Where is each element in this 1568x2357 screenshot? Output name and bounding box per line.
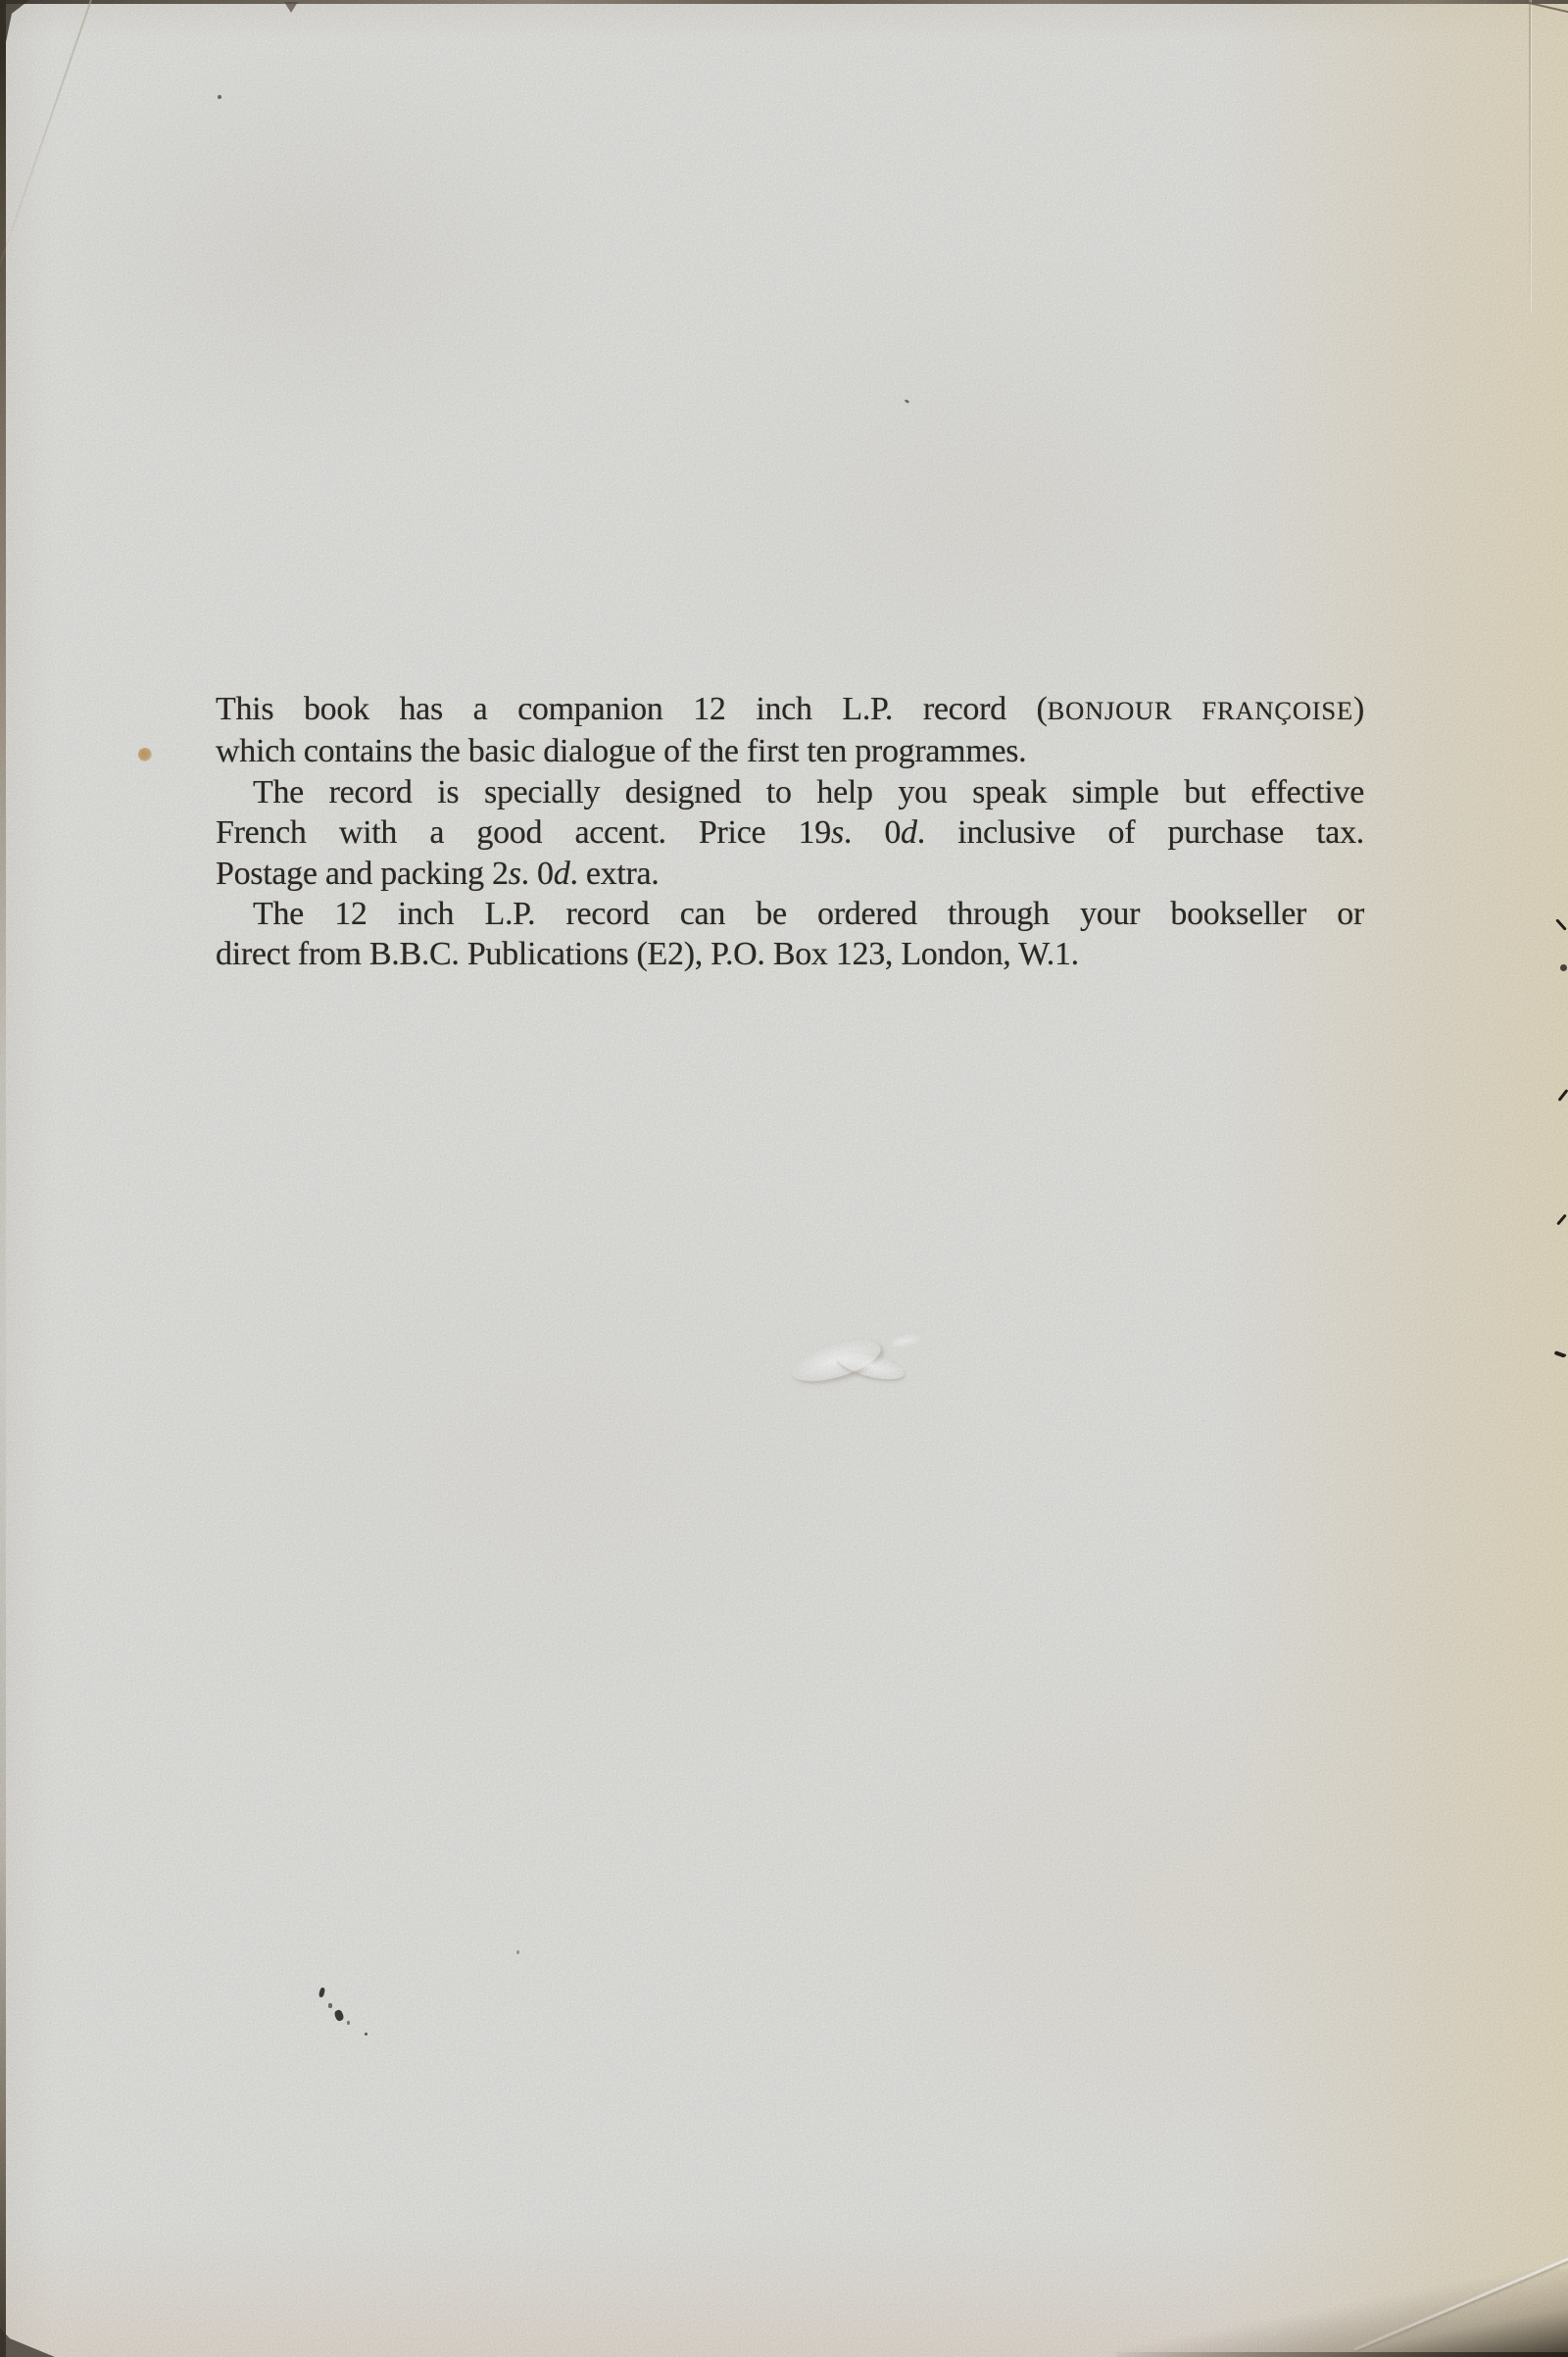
text-line: Postage and packing 2s. 0d. extra.	[216, 854, 1364, 894]
text-segment-italic: s	[831, 814, 844, 851]
text-segment: direct from B.B.C. Publications (E2), P.…	[216, 936, 1079, 972]
text-line: The 12 inch L.P. record can be ordered t…	[216, 894, 1364, 934]
pencil-dot	[347, 2021, 350, 2025]
text-segment-italic: d	[901, 814, 917, 851]
text-line: direct from B.B.C. Publications (E2), P.…	[216, 934, 1364, 974]
right-edge-mark	[1558, 1089, 1568, 1102]
bottom-right-fold-crease	[1353, 2256, 1568, 2351]
text-segment-smallcaps: BONJOUR FRANÇOISE	[1048, 696, 1353, 725]
top-edge-notch	[284, 2, 298, 13]
text-block: This book has a companion 12 inch L.P. r…	[216, 689, 1364, 975]
paper-speck	[218, 95, 221, 99]
top-right-corner-nick	[1525, 1, 1568, 13]
page-left-edge	[0, 0, 6, 2357]
stain-dot	[138, 748, 152, 761]
right-edge-mark	[1556, 1214, 1567, 1226]
paper-wrinkle	[777, 1316, 929, 1397]
wrinkle-highlight	[786, 1332, 885, 1390]
top-right-crease	[1529, 0, 1531, 314]
text-segment: This book has a companion 12 inch L.P. r…	[216, 691, 1048, 727]
text-segment-italic: s	[509, 856, 521, 892]
text-segment: )	[1353, 691, 1364, 727]
right-edge-mark	[1555, 918, 1567, 930]
text-line: which contains the basic dialogue of the…	[216, 731, 1364, 771]
text-segment: . 0	[521, 856, 554, 892]
bottom-right-corner-shadow	[1117, 2269, 1568, 2357]
top-left-corner-shadow	[0, 0, 29, 45]
text-line: The record is specially designed to help…	[216, 772, 1364, 812]
bottom-right-edge	[1107, 2352, 1568, 2357]
text-line: French with a good accent. Price 19s. 0d…	[216, 812, 1364, 853]
right-edge-mark	[1560, 964, 1567, 971]
pencil-dot	[328, 2003, 332, 2008]
right-edge-mark	[1554, 1350, 1567, 1358]
text-segment: . extra.	[569, 856, 659, 892]
text-segment: French with a good accent. Price 19	[216, 814, 831, 851]
paper-speck	[905, 399, 910, 404]
wrinkle-highlight	[835, 1348, 906, 1385]
paper-speck	[516, 1950, 519, 1954]
text-segment: . 0	[844, 814, 901, 851]
scanned-book-page: This book has a companion 12 inch L.P. r…	[0, 0, 1568, 2357]
paper-grain-texture	[0, 0, 1568, 2357]
text-segment-italic: d	[554, 856, 570, 892]
text-segment: The 12 inch L.P. record can be ordered t…	[253, 896, 1364, 932]
pencil-dot	[365, 2033, 367, 2036]
text-segment: Postage and packing 2	[216, 856, 509, 892]
pencil-dot	[333, 2009, 344, 2022]
page-top-edge	[0, 0, 1568, 4]
pencil-dot	[318, 1988, 325, 1998]
top-left-crease	[0, 0, 96, 322]
text-line: This book has a companion 12 inch L.P. r…	[216, 689, 1364, 731]
bottom-left-corner-shadow	[0, 2316, 55, 2357]
pencil-marks	[314, 1984, 382, 2044]
text-segment: . inclusive of purchase tax.	[917, 814, 1364, 851]
text-segment: The record is specially designed to help…	[253, 774, 1364, 810]
text-segment: which contains the basic dialogue of the…	[216, 733, 1026, 769]
wrinkle-highlight	[887, 1332, 922, 1350]
